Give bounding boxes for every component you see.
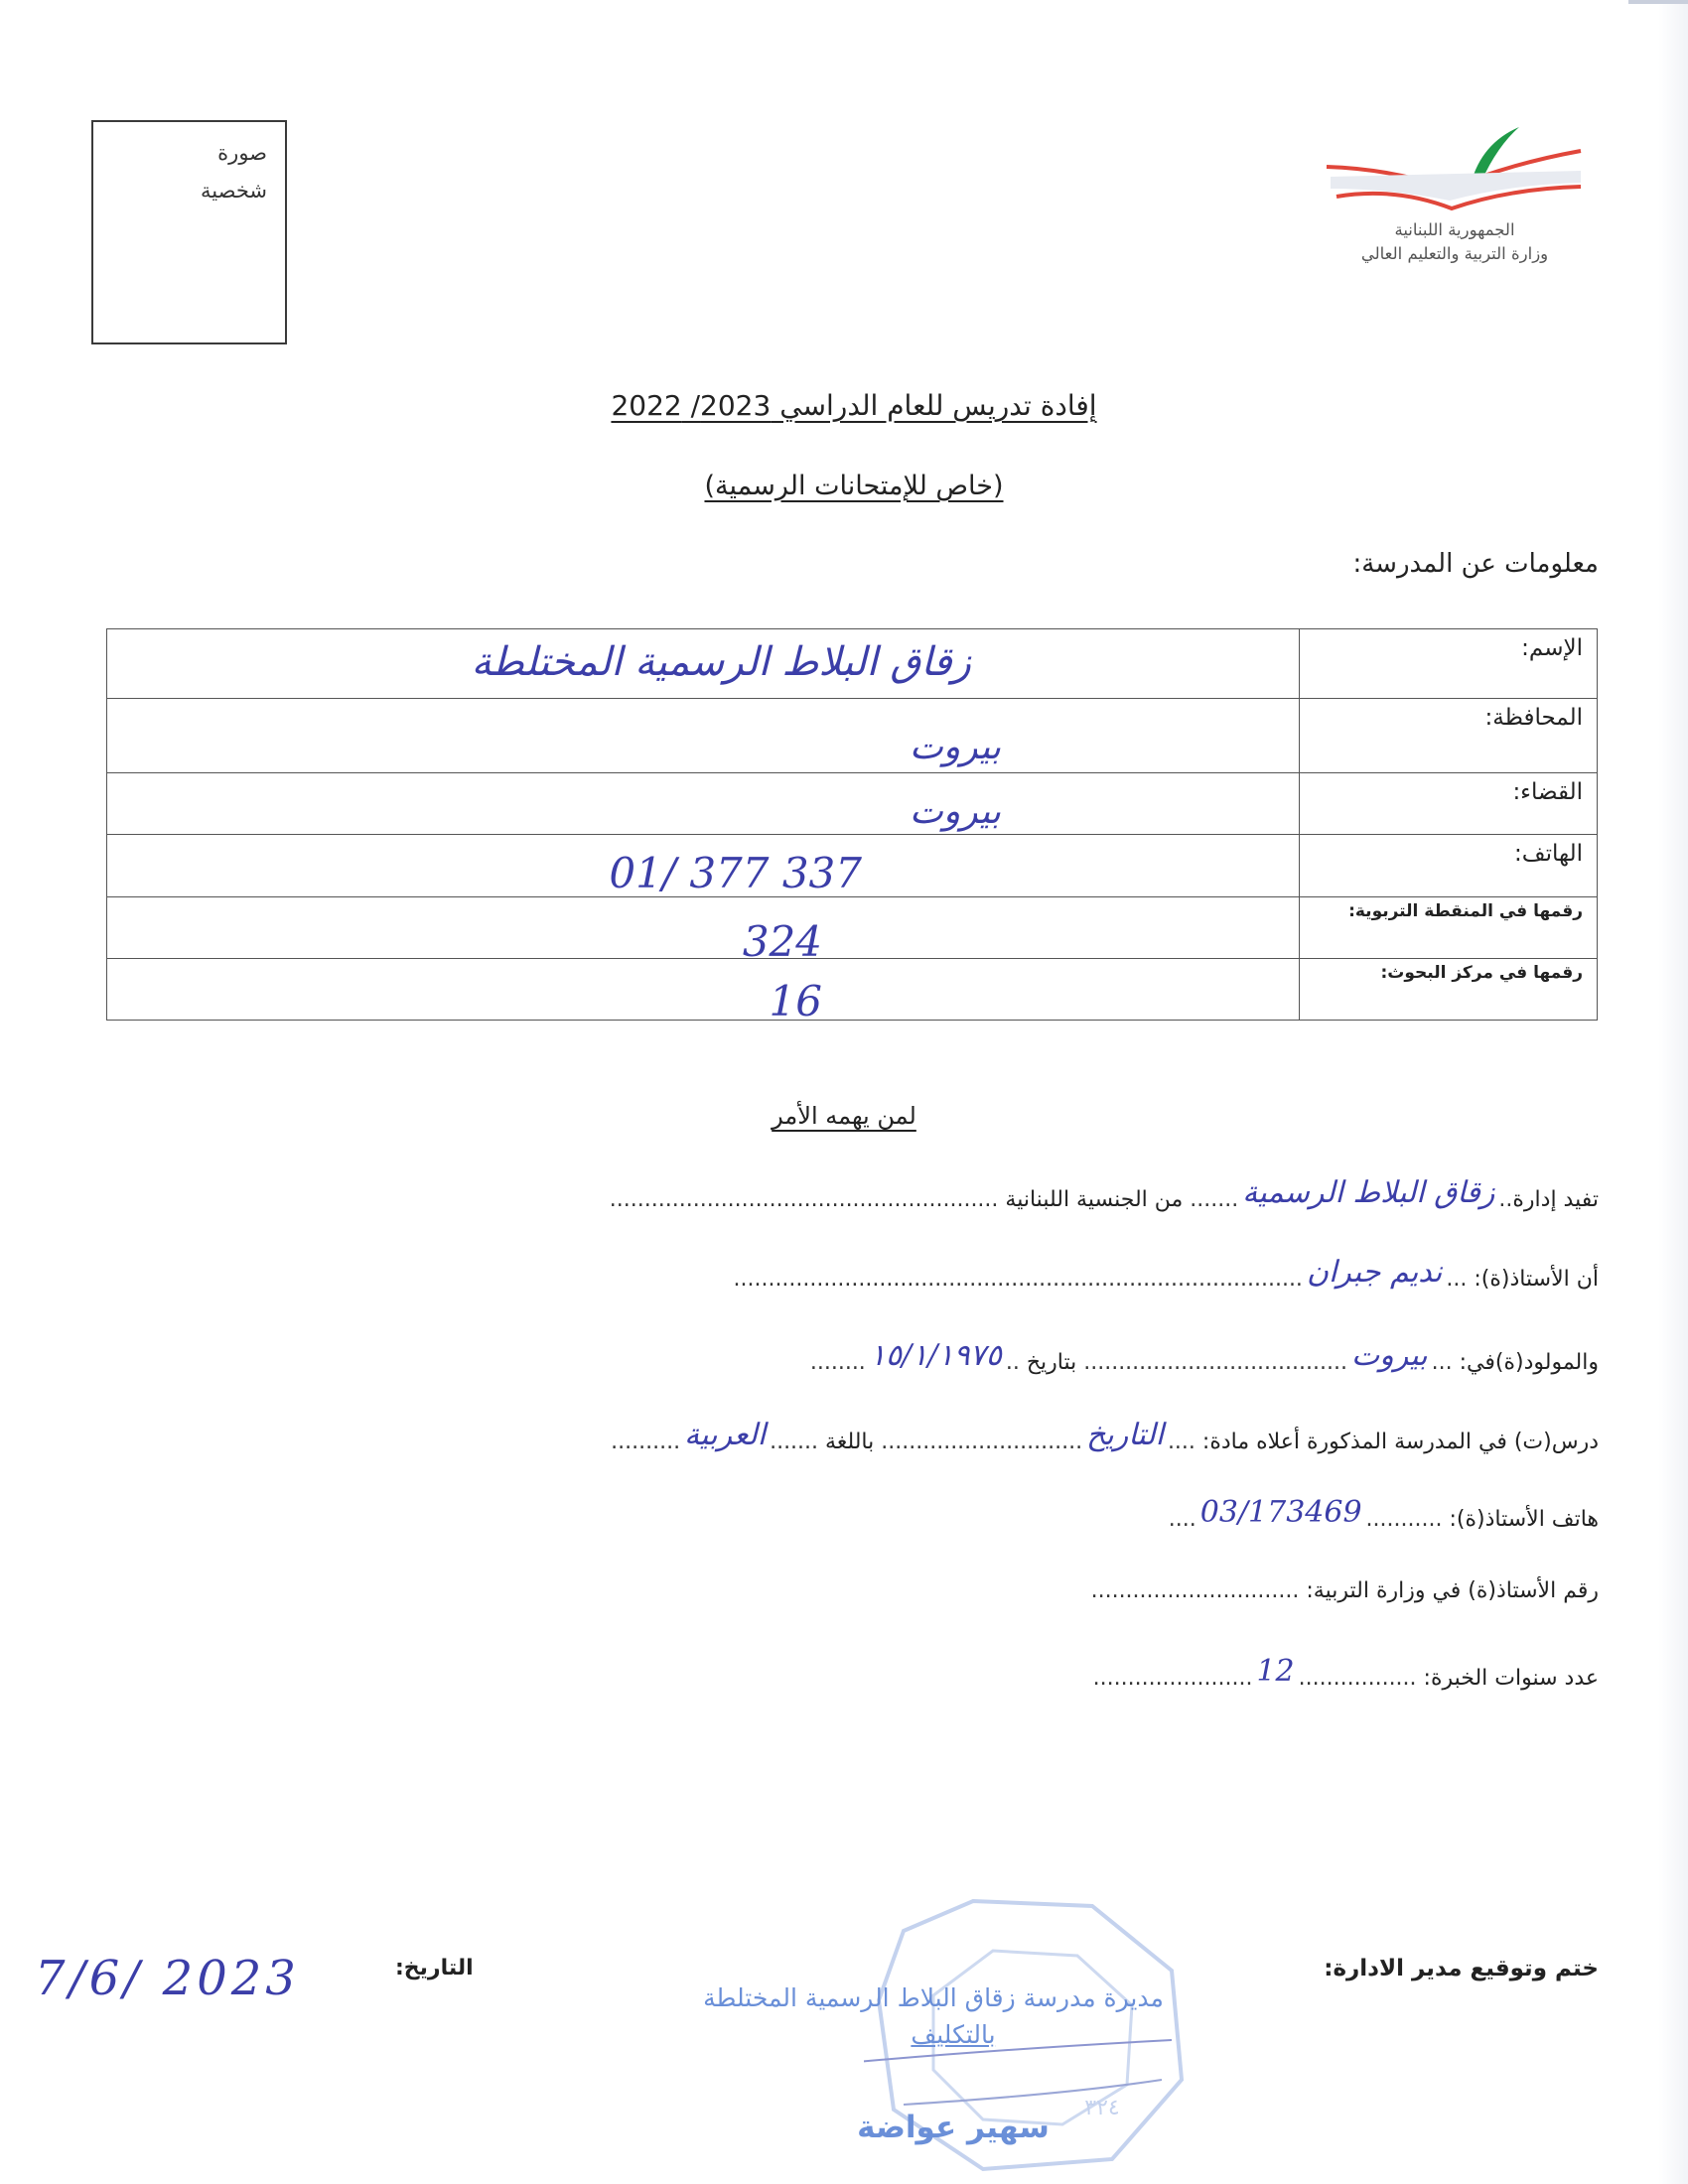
scan-edge xyxy=(1628,0,1688,4)
school-info-heading: معلومات عن المدرسة: xyxy=(1352,549,1599,579)
line-years-experience: عدد سنوات الخبرة: .................12...… xyxy=(1093,1658,1599,1693)
photo-box-label: صورة شخصية xyxy=(201,134,267,209)
research-center-number-label: رقمها في مركز البحوث: xyxy=(1300,959,1598,1021)
handwritten-birth-place: بيروت xyxy=(1347,1338,1432,1373)
date-label: التاريخ: xyxy=(395,1956,474,1980)
school-name-value: زقاق البلاط الرسمية المختلطة xyxy=(107,629,1300,699)
handwritten-school: زقاق البلاط الرسمية xyxy=(1238,1175,1498,1210)
governorate-label: المحافظة: xyxy=(1300,699,1598,773)
table-row: بيروت القضاء: xyxy=(107,773,1598,835)
table-row: 324 رقمها في المنقطة التربوية: xyxy=(107,897,1598,959)
stamp-title: مديرة مدرسة زقاق البلاط الرسمية المختلطة xyxy=(695,1983,1172,2012)
handwritten-years-experience: 12 xyxy=(1252,1654,1298,1689)
personal-photo-box: صورة شخصية xyxy=(91,120,287,344)
stamp-assignment: بالتكليف xyxy=(854,2020,1053,2049)
school-info-table: زقاق البلاط الرسمية المختلطة الإسم: بيرو… xyxy=(106,628,1598,1021)
table-row: زقاق البلاط الرسمية المختلطة الإسم: xyxy=(107,629,1598,699)
handwritten-teacher-phone: 03/173469 xyxy=(1196,1495,1366,1530)
line-teacher-phone: هاتف الأستاذ(ة): ...........03/173469...… xyxy=(1169,1499,1599,1534)
handwritten-subject: التاريخ xyxy=(1082,1418,1168,1452)
signature-label: ختم وتوقيع مدير الادارة: xyxy=(1324,1956,1599,1981)
line-birth-place-date: والمولود(ة)في: ...بيروت.................… xyxy=(810,1342,1599,1377)
district-value: بيروت xyxy=(107,773,1300,835)
table-row: 16 رقمها في مركز البحوث: xyxy=(107,959,1598,1021)
handwritten-birth-date: ١٥/١/١٩٧٥ xyxy=(866,1338,1006,1373)
to-whom-it-may-concern-heading: لمن يهمه الأمر xyxy=(695,1102,993,1130)
principal-name: سهير عواضة xyxy=(774,2110,1132,2145)
line-ministry-number: رقم الأستاذ(ة) في وزارة التربية: .......… xyxy=(1091,1578,1599,1603)
open-book-leaf-icon xyxy=(1321,119,1589,218)
line-school-administration: تفيد إدارة..زقاق البلاط الرسمية....... م… xyxy=(610,1179,1599,1214)
research-center-number-value: 16 xyxy=(107,959,1300,1021)
line-subject-language: درس(ت) في المدرسة المذكورة أعلاه مادة: .… xyxy=(611,1422,1599,1456)
document-subtitle: (خاص للإمتحانات الرسمية) xyxy=(556,471,1152,501)
page-edge-shadow xyxy=(1658,0,1688,2184)
district-label: القضاء: xyxy=(1300,773,1598,835)
handwritten-language: العربية xyxy=(680,1418,770,1452)
educational-zone-number-value: 324 xyxy=(107,897,1300,959)
phone-value: 01/ 377 337 xyxy=(107,835,1300,897)
handwritten-date: 7/6/ 2023 xyxy=(35,1951,300,2006)
school-name-label: الإسم: xyxy=(1300,629,1598,699)
educational-zone-number-label: رقمها في المنقطة التربوية: xyxy=(1300,897,1598,959)
ministry-logo: الجمهورية اللبنانية وزارة التربية والتعل… xyxy=(1321,119,1589,278)
table-row: بيروت المحافظة: xyxy=(107,699,1598,773)
logo-caption: الجمهورية اللبنانية وزارة التربية والتعل… xyxy=(1321,218,1589,266)
phone-label: الهاتف: xyxy=(1300,835,1598,897)
line-teacher-name: أن الأستاذ(ة): ...نديم جبران............… xyxy=(733,1259,1599,1294)
governorate-value: بيروت xyxy=(107,699,1300,773)
table-row: 01/ 377 337 الهاتف: xyxy=(107,835,1598,897)
document-title: إفادة تدريس للعام الدراسي 2023/ 2022 xyxy=(556,389,1152,422)
handwritten-teacher-name: نديم جبران xyxy=(1303,1255,1446,1290)
